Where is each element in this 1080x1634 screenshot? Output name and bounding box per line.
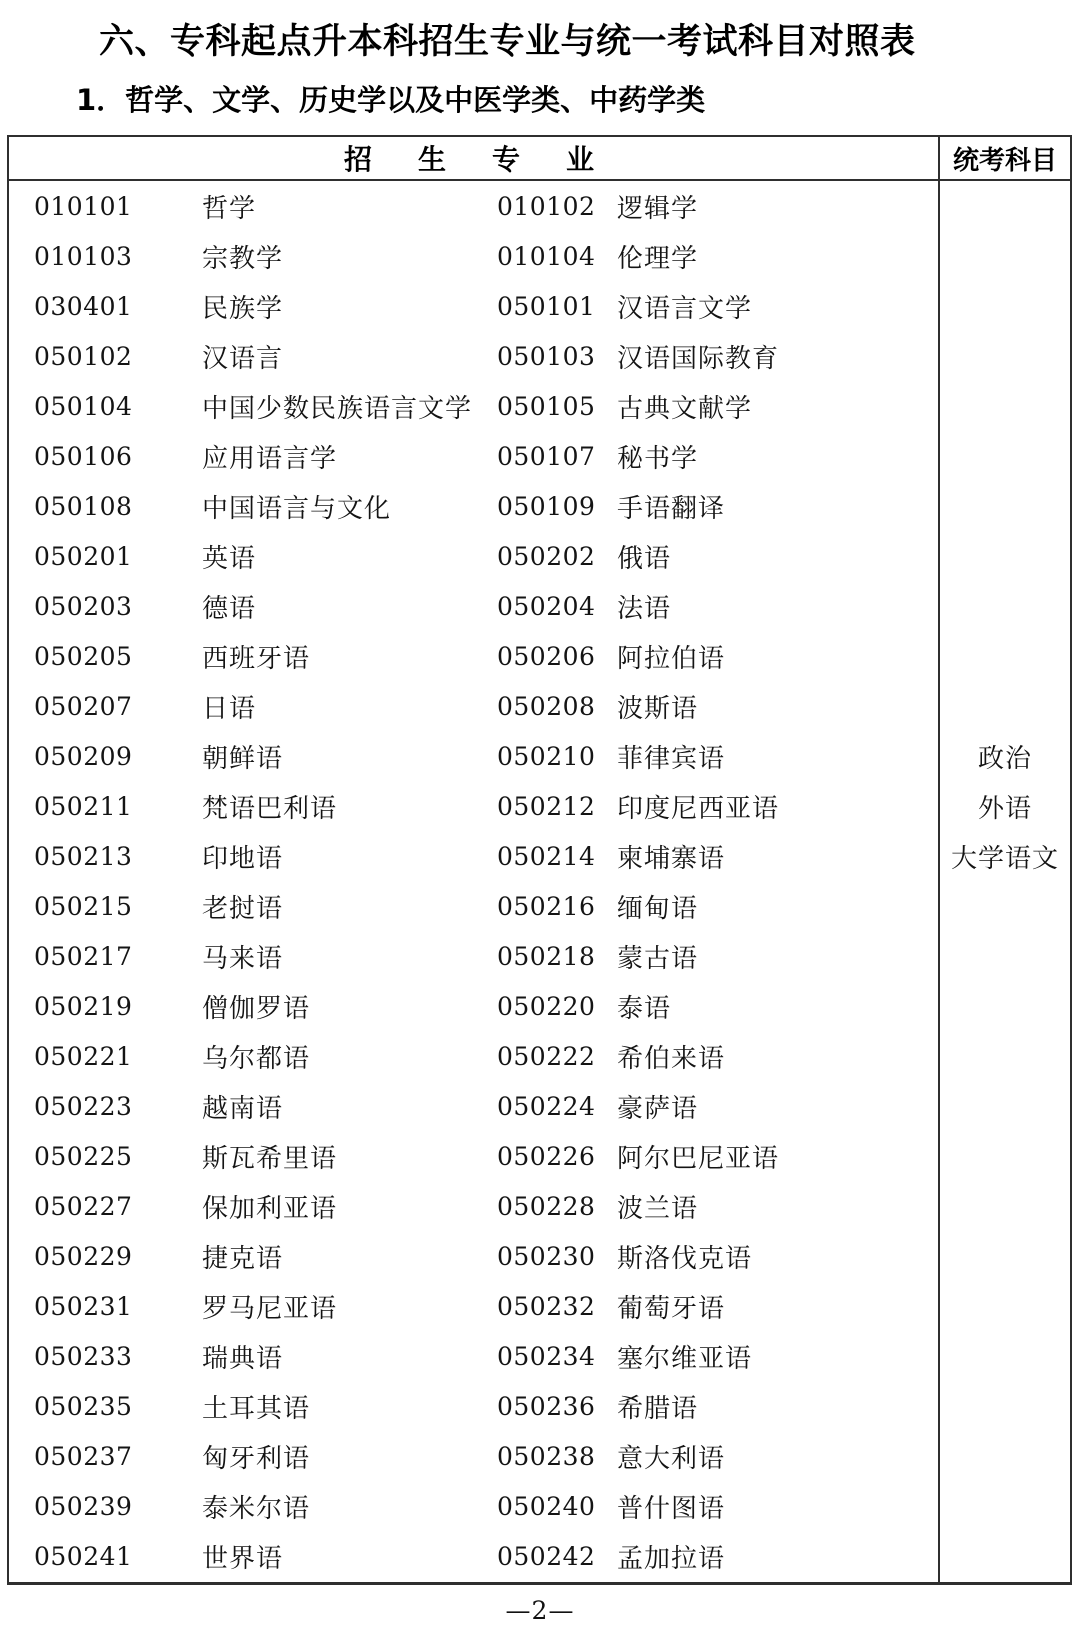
major-name-left: 土耳其语 (202, 1388, 497, 1425)
page-title: 六、专科起点升本科招生专业与统一考试科目对照表 (99, 14, 916, 64)
major-name-right: 塞尔维亚语 (617, 1338, 938, 1375)
exam-subject (938, 1482, 1070, 1532)
document-page: 六、专科起点升本科招生专业与统一考试科目对照表 1．哲学、文学、历史学以及中医学… (0, 0, 1080, 1634)
major-code-left: 050223 (34, 1092, 202, 1121)
major-name-right: 豪萨语 (617, 1088, 938, 1125)
major-code-right: 050216 (497, 892, 617, 921)
major-code-left: 050219 (34, 992, 202, 1021)
table-row: 050209朝鲜语050210菲律宾语政治 (9, 731, 1070, 781)
major-code-right: 050234 (497, 1342, 617, 1371)
major-name-right: 波斯语 (617, 688, 938, 725)
major-name-left: 斯瓦希里语 (202, 1138, 497, 1175)
table-row: 010101哲学010102逻辑学 (9, 181, 1070, 231)
major-name-left: 僧伽罗语 (202, 988, 497, 1025)
major-code-right: 050204 (497, 592, 617, 621)
major-code-right: 050232 (497, 1292, 617, 1321)
section-subtitle: 1．哲学、文学、历史学以及中医学类、中药学类 (76, 78, 705, 119)
major-name-right: 汉语国际教育 (617, 338, 938, 375)
exam-subject (938, 1282, 1070, 1332)
major-code-left: 050108 (34, 492, 202, 521)
major-name-left: 乌尔都语 (202, 1038, 497, 1075)
table-row: 050104中国少数民族语言文学050105古典文献学 (9, 381, 1070, 431)
exam-subject (938, 982, 1070, 1032)
table-row: 050227保加利亚语050228波兰语 (9, 1182, 1070, 1232)
major-code-left: 050211 (34, 792, 202, 821)
major-name-left: 中国少数民族语言文学 (202, 388, 497, 425)
major-code-left: 050221 (34, 1042, 202, 1071)
page-number: —2— (0, 1596, 1080, 1625)
major-code-right: 050210 (497, 742, 617, 771)
major-name-right: 普什图语 (617, 1488, 938, 1525)
exam-subject (938, 1232, 1070, 1282)
table-row: 050213印地语050214柬埔寨语大学语文 (9, 831, 1070, 881)
table-row: 050229捷克语050230斯洛伐克语 (9, 1232, 1070, 1282)
header-exam-subjects: 统考科目 (938, 137, 1070, 179)
major-code-left: 050229 (34, 1242, 202, 1271)
major-code-right: 050226 (497, 1142, 617, 1171)
major-code-left: 050225 (34, 1142, 202, 1171)
exam-subject (938, 381, 1070, 431)
exam-subject (938, 181, 1070, 231)
major-name-right: 葡萄牙语 (617, 1288, 938, 1325)
major-name-left: 印地语 (202, 838, 497, 875)
major-code-left: 050239 (34, 1492, 202, 1521)
major-code-left: 030401 (34, 292, 202, 321)
major-name-right: 波兰语 (617, 1188, 938, 1225)
major-code-right: 050228 (497, 1192, 617, 1221)
exam-subject (938, 581, 1070, 631)
major-code-right: 050101 (497, 292, 617, 321)
major-name-left: 瑞典语 (202, 1338, 497, 1375)
exam-subject (938, 1032, 1070, 1082)
exam-subject (938, 681, 1070, 731)
table-row: 050221乌尔都语050222希伯来语 (9, 1032, 1070, 1082)
major-name-right: 印度尼西亚语 (617, 788, 938, 825)
table-row: 050219僧伽罗语050220泰语 (9, 982, 1070, 1032)
table-row: 010103宗教学010104伦理学 (9, 231, 1070, 281)
major-name-left: 保加利亚语 (202, 1188, 497, 1225)
major-name-left: 英语 (202, 538, 497, 575)
major-name-right: 逻辑学 (617, 188, 938, 225)
major-name-right: 泰语 (617, 988, 938, 1025)
major-code-left: 050106 (34, 442, 202, 471)
table-row: 050106应用语言学050107秘书学 (9, 431, 1070, 481)
major-name-left: 梵语巴利语 (202, 788, 497, 825)
exam-subject (938, 1132, 1070, 1182)
table-row: 050108中国语言与文化050109手语翻译 (9, 481, 1070, 531)
major-code-right: 050238 (497, 1442, 617, 1471)
major-code-right: 050224 (497, 1092, 617, 1121)
major-name-right: 缅甸语 (617, 888, 938, 925)
major-code-right: 050242 (497, 1542, 617, 1571)
major-name-right: 法语 (617, 588, 938, 625)
exam-subject (938, 1432, 1070, 1482)
major-code-right: 050105 (497, 392, 617, 421)
major-code-right: 050206 (497, 642, 617, 671)
exam-subject (938, 531, 1070, 581)
major-name-left: 朝鲜语 (202, 738, 497, 775)
table-row: 050205西班牙语050206阿拉伯语 (9, 631, 1070, 681)
major-name-left: 中国语言与文化 (202, 488, 497, 525)
major-name-left: 宗教学 (202, 238, 497, 275)
major-code-right: 050236 (497, 1392, 617, 1421)
exam-subject: 大学语文 (938, 831, 1070, 881)
major-code-right: 050230 (497, 1242, 617, 1271)
table-body: 010101哲学010102逻辑学010103宗教学010104伦理学03040… (9, 181, 1070, 1582)
table-row: 050217马来语050218蒙古语 (9, 931, 1070, 981)
major-code-left: 050203 (34, 592, 202, 621)
majors-exam-table: 招 生 专 业 统考科目 010101哲学010102逻辑学010103宗教学0… (7, 135, 1072, 1585)
exam-subject (938, 931, 1070, 981)
major-name-left: 哲学 (202, 188, 497, 225)
major-code-left: 050102 (34, 342, 202, 371)
table-row: 050207日语050208波斯语 (9, 681, 1070, 731)
major-code-right: 050107 (497, 442, 617, 471)
major-code-left: 050233 (34, 1342, 202, 1371)
major-name-left: 捷克语 (202, 1238, 497, 1275)
table-row: 050235土耳其语050236希腊语 (9, 1382, 1070, 1432)
major-name-left: 民族学 (202, 288, 497, 325)
major-name-right: 菲律宾语 (617, 738, 938, 775)
major-name-right: 阿尔巴尼亚语 (617, 1138, 938, 1175)
table-row: 050239泰米尔语050240普什图语 (9, 1482, 1070, 1532)
table-header-row: 招 生 专 业 统考科目 (9, 137, 1070, 181)
table-row: 050203德语050204法语 (9, 581, 1070, 631)
table-row: 030401民族学050101汉语言文学 (9, 281, 1070, 331)
major-code-right: 050208 (497, 692, 617, 721)
exam-subject (938, 1332, 1070, 1382)
major-name-left: 西班牙语 (202, 638, 497, 675)
major-name-left: 日语 (202, 688, 497, 725)
header-enrollment-majors: 招 生 专 业 (9, 137, 938, 179)
major-code-left: 050227 (34, 1192, 202, 1221)
exam-subject (938, 231, 1070, 281)
major-name-left: 泰米尔语 (202, 1488, 497, 1525)
major-code-left: 050241 (34, 1542, 202, 1571)
exam-subject (938, 1382, 1070, 1432)
major-code-left: 050104 (34, 392, 202, 421)
table-row: 050211梵语巴利语050212印度尼西亚语外语 (9, 781, 1070, 831)
table-row: 050233瑞典语050234塞尔维亚语 (9, 1332, 1070, 1382)
exam-subject (938, 631, 1070, 681)
major-code-right: 050202 (497, 542, 617, 571)
major-name-left: 匈牙利语 (202, 1438, 497, 1475)
major-code-left: 050205 (34, 642, 202, 671)
exam-subject (938, 431, 1070, 481)
major-code-right: 010104 (497, 242, 617, 271)
table-row: 050201英语050202俄语 (9, 531, 1070, 581)
major-name-right: 秘书学 (617, 438, 938, 475)
major-code-left: 010103 (34, 242, 202, 271)
major-code-right: 050212 (497, 792, 617, 821)
major-code-left: 010101 (34, 192, 202, 221)
exam-subject (938, 1182, 1070, 1232)
major-name-left: 应用语言学 (202, 438, 497, 475)
table-row: 050102汉语言050103汉语国际教育 (9, 331, 1070, 381)
exam-subject: 外语 (938, 781, 1070, 831)
exam-subject (938, 1082, 1070, 1132)
major-code-right: 050222 (497, 1042, 617, 1071)
major-code-left: 050231 (34, 1292, 202, 1321)
exam-subject (938, 331, 1070, 381)
major-code-left: 050235 (34, 1392, 202, 1421)
exam-subject (938, 281, 1070, 331)
major-name-left: 汉语言 (202, 338, 497, 375)
major-code-right: 050103 (497, 342, 617, 371)
major-name-right: 阿拉伯语 (617, 638, 938, 675)
major-name-right: 汉语言文学 (617, 288, 938, 325)
major-code-left: 050237 (34, 1442, 202, 1471)
exam-subject (938, 1532, 1070, 1582)
exam-subject (938, 881, 1070, 931)
exam-subject (938, 481, 1070, 531)
major-name-right: 伦理学 (617, 238, 938, 275)
major-name-right: 斯洛伐克语 (617, 1238, 938, 1275)
major-code-left: 050209 (34, 742, 202, 771)
major-code-left: 050207 (34, 692, 202, 721)
table-row: 050241世界语050242孟加拉语 (9, 1532, 1070, 1582)
major-name-right: 希伯来语 (617, 1038, 938, 1075)
major-code-left: 050201 (34, 542, 202, 571)
major-name-right: 希腊语 (617, 1388, 938, 1425)
major-name-left: 越南语 (202, 1088, 497, 1125)
major-code-right: 050220 (497, 992, 617, 1021)
table-row: 050225斯瓦希里语050226阿尔巴尼亚语 (9, 1132, 1070, 1182)
major-name-right: 手语翻译 (617, 488, 938, 525)
table-row: 050223越南语050224豪萨语 (9, 1082, 1070, 1132)
major-code-right: 050109 (497, 492, 617, 521)
major-code-right: 050214 (497, 842, 617, 871)
major-name-right: 蒙古语 (617, 938, 938, 975)
major-code-right: 050240 (497, 1492, 617, 1521)
major-name-left: 马来语 (202, 938, 497, 975)
major-name-right: 俄语 (617, 538, 938, 575)
major-name-right: 意大利语 (617, 1438, 938, 1475)
major-code-left: 050217 (34, 942, 202, 971)
major-name-left: 罗马尼亚语 (202, 1288, 497, 1325)
major-code-right: 050218 (497, 942, 617, 971)
major-name-left: 德语 (202, 588, 497, 625)
major-name-right: 古典文献学 (617, 388, 938, 425)
major-code-left: 050213 (34, 842, 202, 871)
major-name-left: 老挝语 (202, 888, 497, 925)
exam-subject: 政治 (938, 731, 1070, 781)
table-row: 050237匈牙利语050238意大利语 (9, 1432, 1070, 1482)
table-row: 050215老挝语050216缅甸语 (9, 881, 1070, 931)
major-name-right: 柬埔寨语 (617, 838, 938, 875)
major-name-left: 世界语 (202, 1538, 497, 1575)
major-code-left: 050215 (34, 892, 202, 921)
major-name-right: 孟加拉语 (617, 1538, 938, 1575)
major-code-right: 010102 (497, 192, 617, 221)
table-row: 050231罗马尼亚语050232葡萄牙语 (9, 1282, 1070, 1332)
